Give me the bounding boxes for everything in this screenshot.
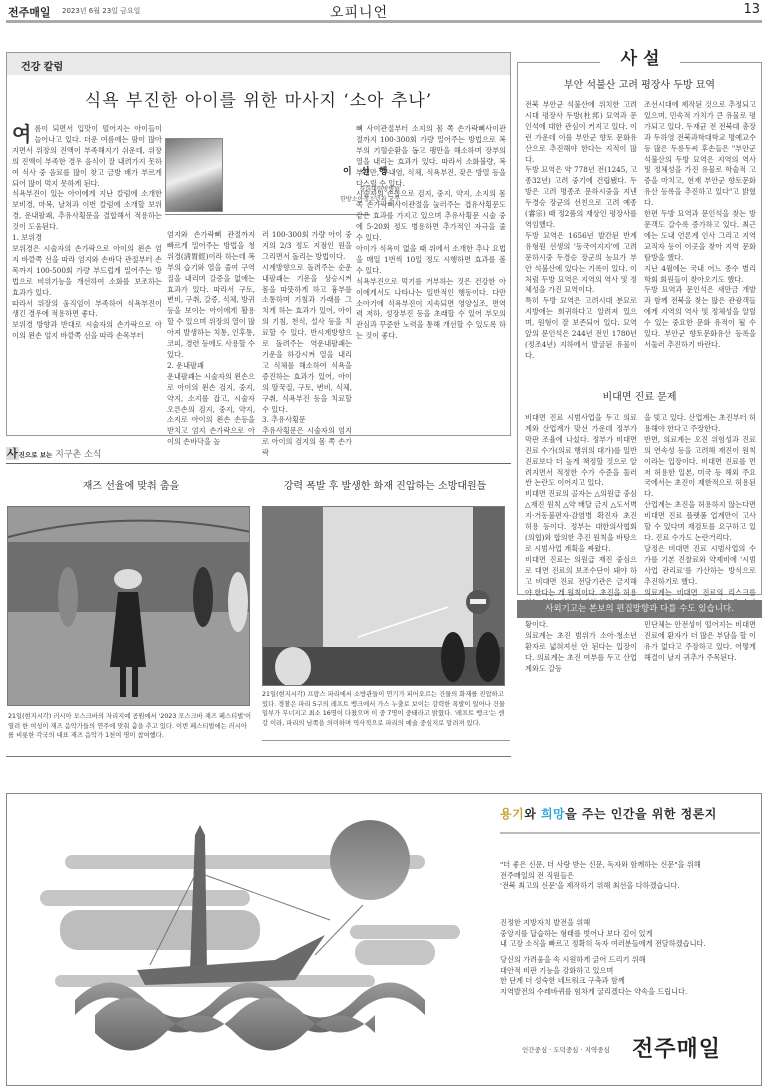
masthead-divider [6,20,762,23]
photo-divider [165,214,260,215]
editorial-2-col1: 비대면 진료 시범사업을 두고 의료계와 산업계가 맞선 가운데 정부가 막판 … [525,413,637,675]
ad-motto: 인간중심 · 도덕중심 · 지역중심 [522,1045,610,1054]
ad-paragraph-3: 당신의 가려움을 속 시원하게 긁어 드리기 위해 대안적 비판 기능을 강화하… [500,955,760,997]
photo-news-bottom-divider [6,756,511,757]
photo-news-divider [6,463,511,464]
paris-fire-photo [262,506,505,686]
newspaper-logo: 전주매일 [632,1032,721,1063]
column-tag: 건강 칼럼 [7,53,510,75]
editorial-2-col2: 을 빚고 있다. 산업계는 초진부터 허용해야 한다고 주장한다. 반면, 의료… [644,413,756,664]
editorial-header: 사 설 [600,44,680,69]
photo-2-caption: 21일(현지시각) 프랑스 파리에서 소방관들이 연기가 피어오르는 건물의 화… [262,690,508,728]
drop-cap: 여 [12,124,31,144]
photo-1-caption: 21일(현지시각) 러시아 모스크바의 자리지예 공원에서 '2023 모스크바… [8,712,252,741]
editorial-1-col1: 전북 부안군 석불산에 위치한 고려시대 평장사 두방(杜邦) 묘역과 문인석에… [525,100,637,362]
disclaimer-banner: 사외기고는 본보의 편집방향과 다를 수도 있습니다. [517,600,762,618]
ad-paragraph-2: 진정한 지방자치 발전을 위해 중앙지를 답습하는 형태를 벗어나 보다 깊이 … [500,918,760,950]
photo-2-title: 강력 폭발 후 발생한 화재 진압하는 소방대원들 [258,477,512,492]
masthead-date: 2023년 6월 23일 금요일 [62,6,140,16]
author-photo [165,138,223,212]
column-title: 식욕 부진한 아이를 위한 마사지 ‘소아 추나’ [7,86,510,111]
page-number: 13 [743,2,760,17]
photo-1-title: 재즈 선율에 맞춰 춤을 [6,477,256,492]
photo-news-header: 사진으로 보는 지구촌 소식 [6,445,102,461]
section-title: 오피니언 [330,2,388,22]
column-text-col2: 엄지와 손가락뼈 관절까지 빠르게 밀어주는 방법을 청위경(淸胃經)이라 하는… [167,230,255,448]
editorial-title-1: 부안 석불산 고려 평장사 두방 묘역 [518,76,761,91]
jazz-dance-photo [7,506,250,706]
editorial-title-2: 비대면 진료 문제 [518,388,761,403]
column-text-col4: 뼈 사이관절부터 소지의 몸 쪽 손가락뼈사이관절까지 100-300회 가량 … [356,124,506,342]
ad-paragraph-1: "더 좋은 신문, 더 사랑 받는 신문, 독자와 함께하는 신문"을 위해 전… [500,860,760,892]
author-divider [260,214,370,215]
ship-illustration [25,805,475,1055]
photo-2-caption-divider [262,740,510,741]
column-text-col3: 러 100-300회 가량 아이 중지의 2/3 정도 지점인 원을 그리면서 … [262,230,352,459]
ad-slogan: 용기와 희망을 주는 인간을 위한 정론지 [500,805,717,822]
masthead-brand: 전주매일 [8,4,51,20]
editorial-1-col2: 조선시대에 제작된 것으로 추정되고 있으며, 민속적 가치가 큰 유물로 평가… [644,100,756,351]
ad-slogan-divider [500,832,760,834]
column-text-col1: 여름이 되면서 입맛이 떨어지는 아이들이 늘어나고 있다. 더운 여름에는 땀… [12,124,162,342]
